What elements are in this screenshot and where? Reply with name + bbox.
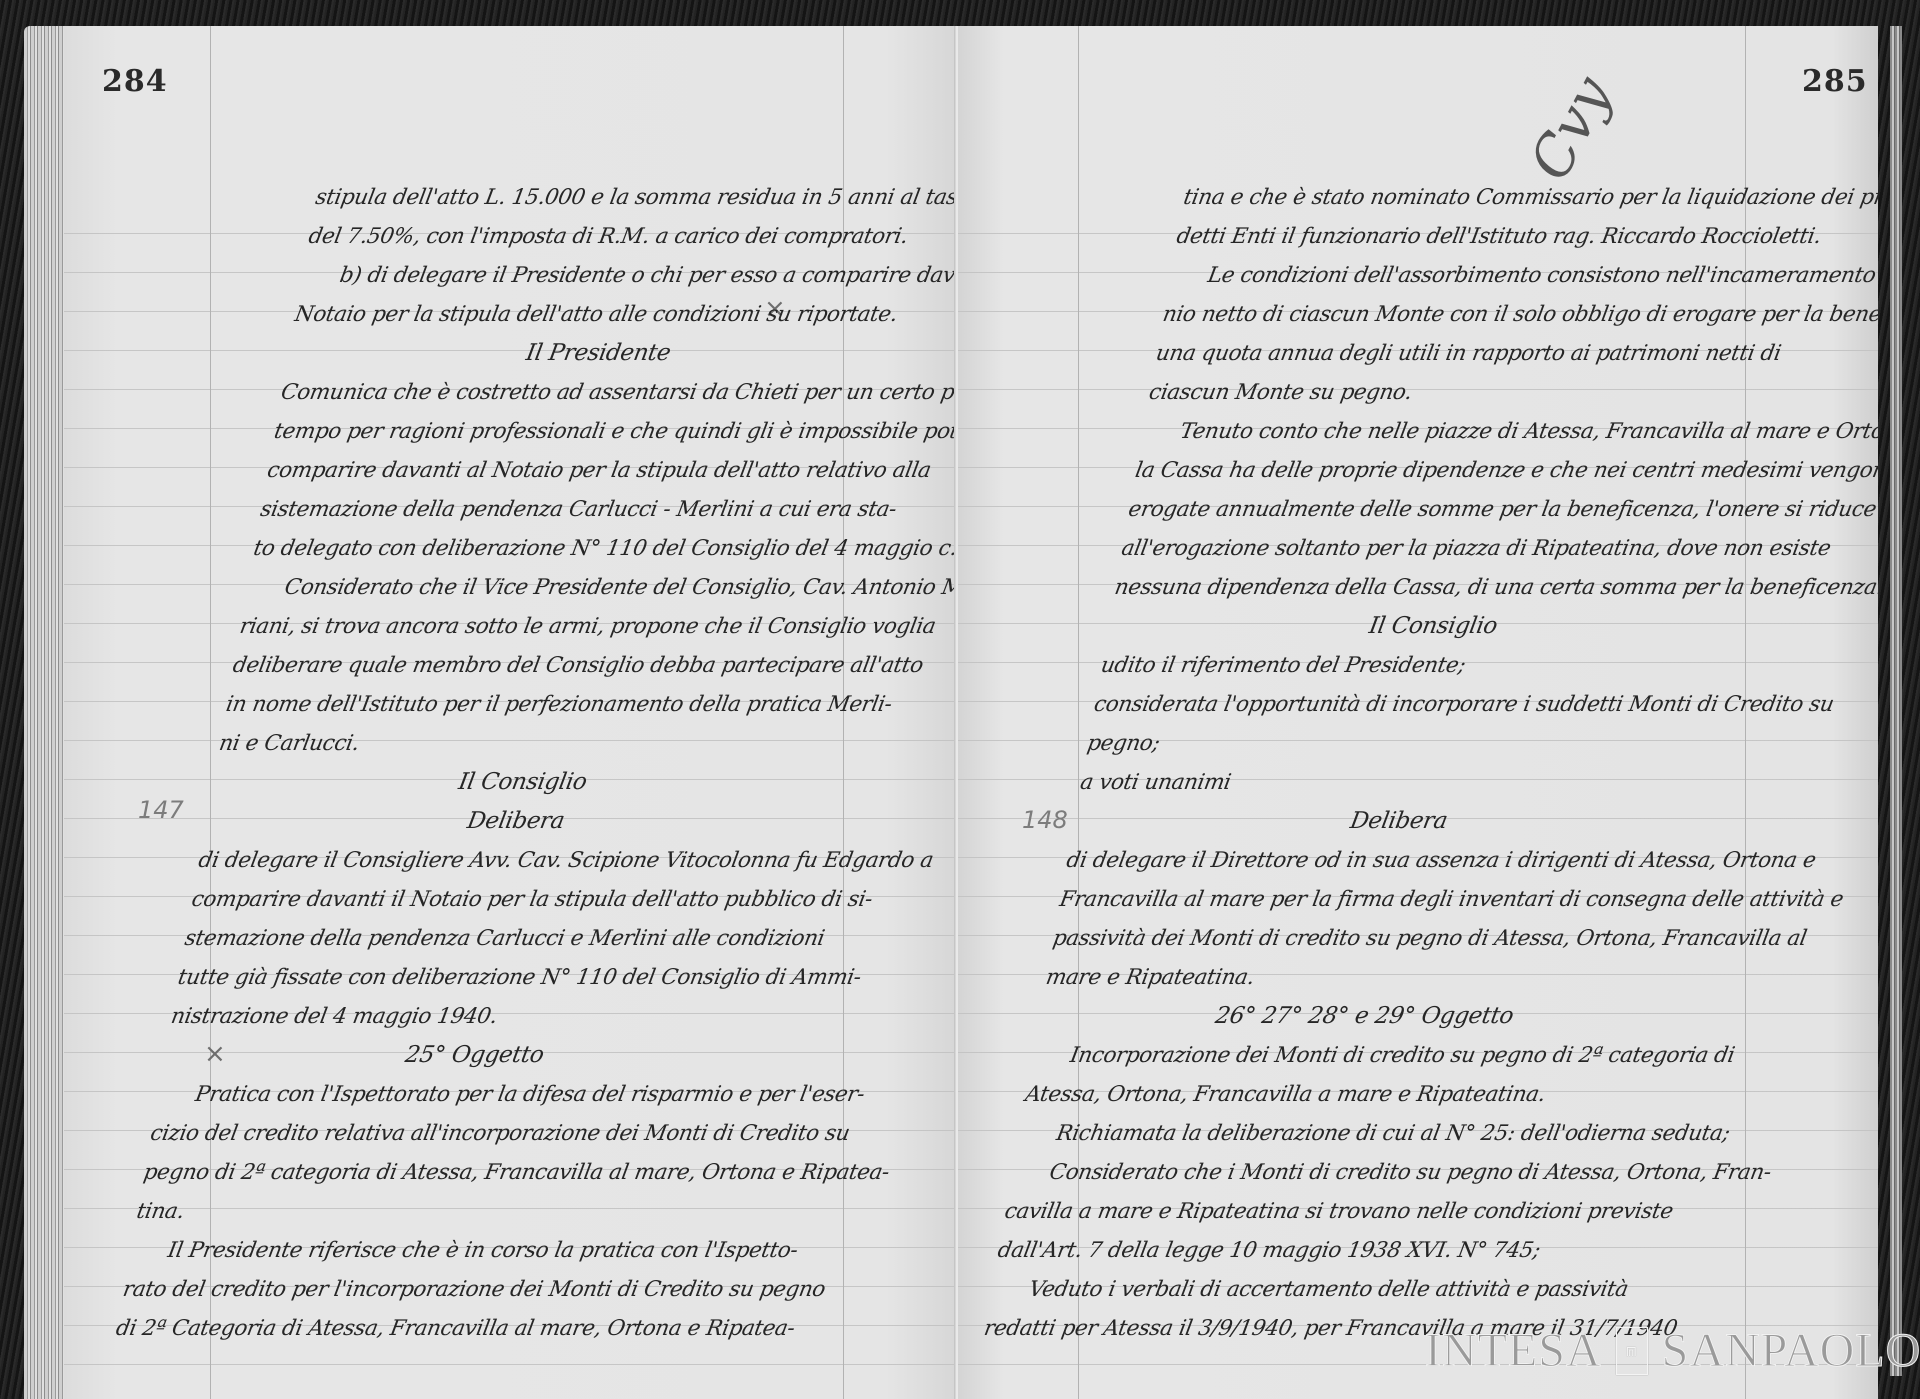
text-line: Veduto i verbali di accertamento delle a… [988, 1270, 1645, 1309]
text-line: b) di delegare il Presidente o chi per e… [299, 256, 926, 295]
section-heading: Delibera [1070, 802, 1727, 841]
margin-note-number: 148 [1022, 806, 1068, 834]
text-line: Considerato che i Monti di credito su pe… [1008, 1153, 1665, 1192]
text-line: una quota annua degli utili in rapporto … [1153, 334, 1810, 373]
text-line: rato del credito per l'incorporazione de… [120, 1270, 747, 1309]
text-line: ni e Carlucci. [216, 724, 843, 763]
watermark: INTESA ⩎ SANPAOLO [1425, 1323, 1920, 1378]
intesa-sanpaolo-logo-icon: ⩎ [1616, 1327, 1648, 1375]
page-edges-left [24, 26, 64, 1399]
right-page: 285 Cvy 148 tina e che è stato nominato … [958, 26, 1878, 1399]
text-line: di 2ª Categoria di Atessa, Francavilla a… [113, 1309, 740, 1348]
text-line: riani, si trova ancora sotto le armi, pr… [237, 607, 864, 646]
watermark-text-left: INTESA [1425, 1323, 1602, 1378]
text-line: Atessa, Ortona, Francavilla a mare e Rip… [1022, 1075, 1679, 1114]
text-line: tempo per ragioni professionali e che qu… [271, 412, 898, 451]
text-line: considerata l'opportunità di incorporare… [1091, 685, 1748, 724]
text-line: tina. [133, 1192, 760, 1231]
text-line: di delegare il Direttore od in sua assen… [1063, 841, 1720, 880]
text-line: comparire davanti al Notaio per la stipu… [264, 451, 891, 490]
text-line: comparire davanti il Notaio per la stipu… [188, 880, 815, 919]
section-heading: 25° Oggetto [161, 1036, 788, 1075]
text-line: Francavilla al mare per la firma degli i… [1056, 880, 1713, 919]
text-line: cizio del credito relativa all'incorpora… [147, 1114, 774, 1153]
text-line: erogate annualmente delle somme per la b… [1125, 490, 1782, 529]
page-number: 285 [1802, 64, 1868, 99]
text-line: Pratica con l'Ispettorato per la difesa … [154, 1075, 781, 1114]
text-line: Considerato che il Vice Presidente del C… [244, 568, 871, 607]
text-line: pegno; [1084, 724, 1741, 763]
text-line: deliberare quale membro del Consiglio de… [230, 646, 857, 685]
text-line: dall'Art. 7 della legge 10 maggio 1938 X… [995, 1231, 1652, 1270]
text-line: Tenuto conto che nelle piazze di Atessa,… [1139, 412, 1796, 451]
text-line: tina e che è stato nominato Commissario … [1180, 178, 1837, 217]
text-line: pegno di 2ª categoria di Atessa, Francav… [140, 1153, 767, 1192]
text-line: cavilla a mare e Ripateatina si trovano … [1001, 1192, 1658, 1231]
text-line: Notaio per la stipula dell'atto alle con… [292, 295, 919, 334]
text-line: di delegare il Consigliere Avv. Cav. Sci… [195, 841, 822, 880]
section-heading: Il Consiglio [1105, 607, 1762, 646]
text-line: stemazione della pendenza Carlucci e Mer… [182, 919, 809, 958]
text-line: la Cassa ha delle proprie dipendenze e c… [1132, 451, 1789, 490]
text-line: detti Enti il funzionario dell'Istituto … [1173, 217, 1830, 256]
section-heading: Il Presidente [285, 334, 912, 373]
page-edges-right [1890, 26, 1902, 1376]
section-heading: Il Consiglio [209, 763, 836, 802]
margin-note-number: 147 [138, 796, 184, 824]
text-line: Comunica che è costretto ad assentarsi d… [278, 373, 905, 412]
text-line: del 7.50%, con l'imposta di R.M. a caric… [305, 217, 932, 256]
section-heading: Delibera [202, 802, 829, 841]
text-line: udito il riferimento del Presidente; [1098, 646, 1755, 685]
section-heading: 26° 27° 28° e 29° Oggetto [1036, 997, 1693, 1036]
text-line: in nome dell'Istituto per il perfezionam… [223, 685, 850, 724]
text-line: nessuna dipendenza della Cassa, di una c… [1112, 568, 1769, 607]
watermark-text-right: SANPAOLO [1662, 1323, 1920, 1378]
text-line: passività dei Monti di credito su pegno … [1050, 919, 1707, 958]
text-line: all'erogazione soltanto per la piazza di… [1118, 529, 1775, 568]
text-line: mare e Ripateatina. [1043, 958, 1700, 997]
text-line: Le condizioni dell'assorbimento consisto… [1167, 256, 1824, 295]
text-line: ciascun Monte su pegno. [1146, 373, 1803, 412]
text-line: Il Presidente riferisce che è in corso l… [127, 1231, 754, 1270]
text-line: nio netto di ciascun Monte con il solo o… [1160, 295, 1817, 334]
text-line: tutte già fissate con deliberazione N° 1… [175, 958, 802, 997]
text-line: nistrazione del 4 maggio 1940. [168, 997, 795, 1036]
text-line: to delegato con deliberazione N° 110 del… [250, 529, 877, 568]
left-page: 284 147 × × stipula dell'atto L. 15.000 … [64, 26, 958, 1399]
page-number: 284 [102, 64, 168, 99]
signature-initials: Cvy [1517, 66, 1624, 190]
text-line: Incorporazione dei Monti di credito su p… [1029, 1036, 1686, 1075]
text-line: a voti unanimi [1077, 763, 1734, 802]
text-line: Richiamata la deliberazione di cui al N°… [1015, 1114, 1672, 1153]
text-line: stipula dell'atto L. 15.000 e la somma r… [312, 178, 939, 217]
text-line: sistemazione della pendenza Carlucci - M… [257, 490, 884, 529]
